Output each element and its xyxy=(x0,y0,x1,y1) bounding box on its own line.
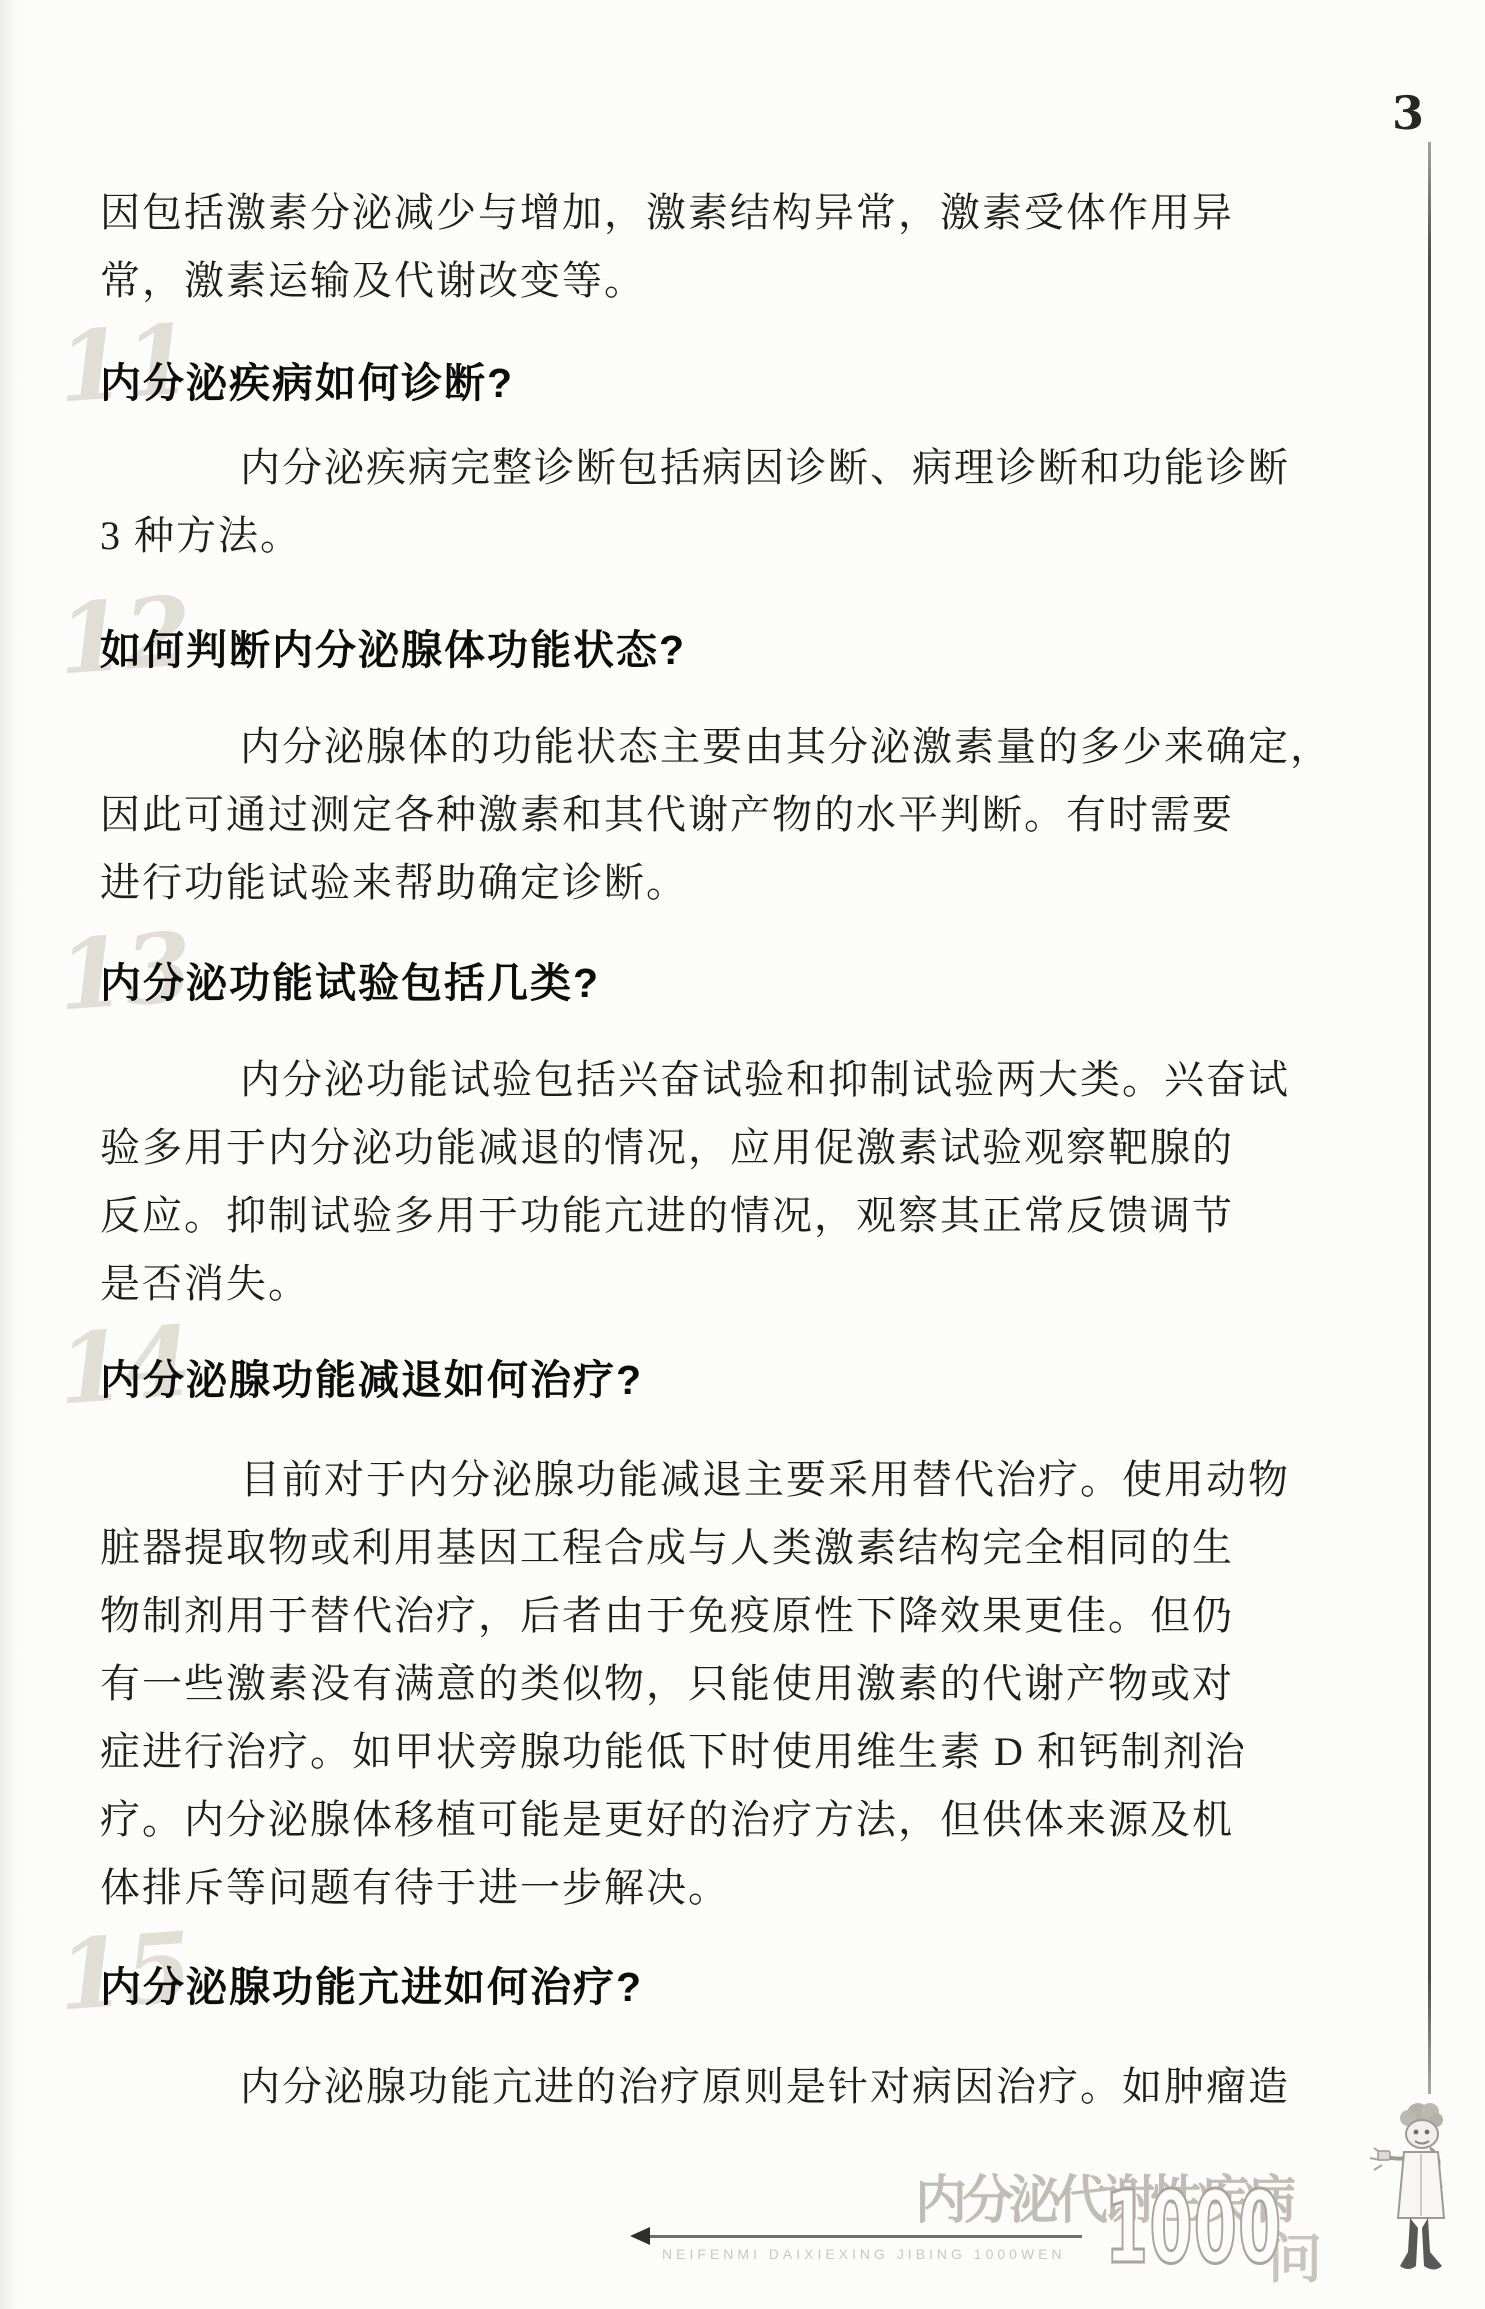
text-line: 进行功能试验来帮助确定诊断。 xyxy=(100,849,1250,917)
answer-paragraph: 内分泌腺功能亢进的治疗原则是针对病因治疗。如肿瘤造 xyxy=(100,2053,1250,2121)
page-number: 3 xyxy=(1392,86,1424,140)
text-line: 体排斥等问题有待于进一步解决。 xyxy=(100,1854,1250,1922)
text-line: 有一些激素没有满意的类似物，只能使用激素的代谢产物或对 xyxy=(100,1650,1250,1718)
scanned-book-page: 3 因包括激素分泌减少与增加，激素结构异常，激素受体作用异 常，激素运输及代谢改… xyxy=(0,0,1485,2309)
text-line: 疗。内分泌腺体移植可能是更好的治疗方法，但供体来源及机 xyxy=(100,1786,1250,1854)
footer-watermark-number: 1000 xyxy=(1105,2178,1283,2278)
text-line: 验多用于内分泌功能减退的情况，应用促激素试验观察靶腺的 xyxy=(100,1114,1250,1182)
question-heading: 内分泌腺功能减退如何治疗? xyxy=(100,1356,1250,1404)
question-heading: 内分泌功能试验包括几类? xyxy=(100,959,1250,1007)
text-line: 物制剂用于替代治疗，后者由于免疫原性下降效果更佳。但仍 xyxy=(100,1582,1250,1650)
text-line: 反应。抑制试验多用于功能亢进的情况，观察其正常反馈调节 xyxy=(100,1182,1250,1250)
question-heading: 内分泌疾病如何诊断? xyxy=(100,359,1250,407)
answer-paragraph: 内分泌腺体的功能状态主要由其分泌激素量的多少来确定， 因此可通过测定各种激素和其… xyxy=(100,713,1250,917)
answer-paragraph: 目前对于内分泌腺功能减退主要采用替代治疗。使用动物 脏器提取物或利用基因工程合成… xyxy=(100,1446,1250,1922)
doctor-mascot-icon xyxy=(1368,2096,1472,2292)
text-line: 内分泌腺体的功能状态主要由其分泌激素量的多少来确定， xyxy=(100,713,1250,781)
text-line: 内分泌腺功能亢进的治疗原则是针对病因治疗。如肿瘤造 xyxy=(100,2053,1250,2121)
left-arrow-icon xyxy=(630,2227,650,2245)
text-line: 常，激素运输及代谢改变等。 xyxy=(100,247,1250,315)
text-line: 内分泌功能试验包括兴奋试验和抑制试验两大类。兴奋试 xyxy=(100,1046,1250,1114)
text-line: 3 种方法。 xyxy=(100,502,1250,570)
intro-paragraph: 因包括激素分泌减少与增加，激素结构异常，激素受体作用异 常，激素运输及代谢改变等… xyxy=(100,179,1250,315)
text-line: 脏器提取物或利用基因工程合成与人类激素结构完全相同的生 xyxy=(100,1514,1250,1582)
text-line: 是否消失。 xyxy=(100,1250,1250,1318)
answer-paragraph: 内分泌功能试验包括兴奋试验和抑制试验两大类。兴奋试 验多用于内分泌功能减退的情况… xyxy=(100,1046,1250,1318)
text-line: 内分泌疾病完整诊断包括病因诊断、病理诊断和功能诊断 xyxy=(100,434,1250,502)
text-line: 目前对于内分泌腺功能减退主要采用替代治疗。使用动物 xyxy=(100,1446,1250,1514)
text-line: 症进行治疗。如甲状旁腺功能低下时使用维生素 D 和钙制剂治 xyxy=(100,1718,1250,1786)
page-edge-rule xyxy=(1428,142,1431,2094)
answer-paragraph: 内分泌疾病完整诊断包括病因诊断、病理诊断和功能诊断 3 种方法。 xyxy=(100,434,1250,570)
question-heading: 内分泌腺功能亢进如何治疗? xyxy=(100,1963,1250,2011)
question-heading: 如何判断内分泌腺体功能状态? xyxy=(100,626,1250,674)
text-line: 因此可通过测定各种激素和其代谢产物的水平判断。有时需要 xyxy=(100,781,1250,849)
footer-pinyin-text: NEIFENMI DAIXIEXING JIBING 1000WEN xyxy=(662,2246,1066,2262)
scan-artifact xyxy=(0,0,18,2309)
text-line: 因包括激素分泌减少与增加，激素结构异常，激素受体作用异 xyxy=(100,179,1250,247)
footer-rule xyxy=(648,2235,1082,2238)
